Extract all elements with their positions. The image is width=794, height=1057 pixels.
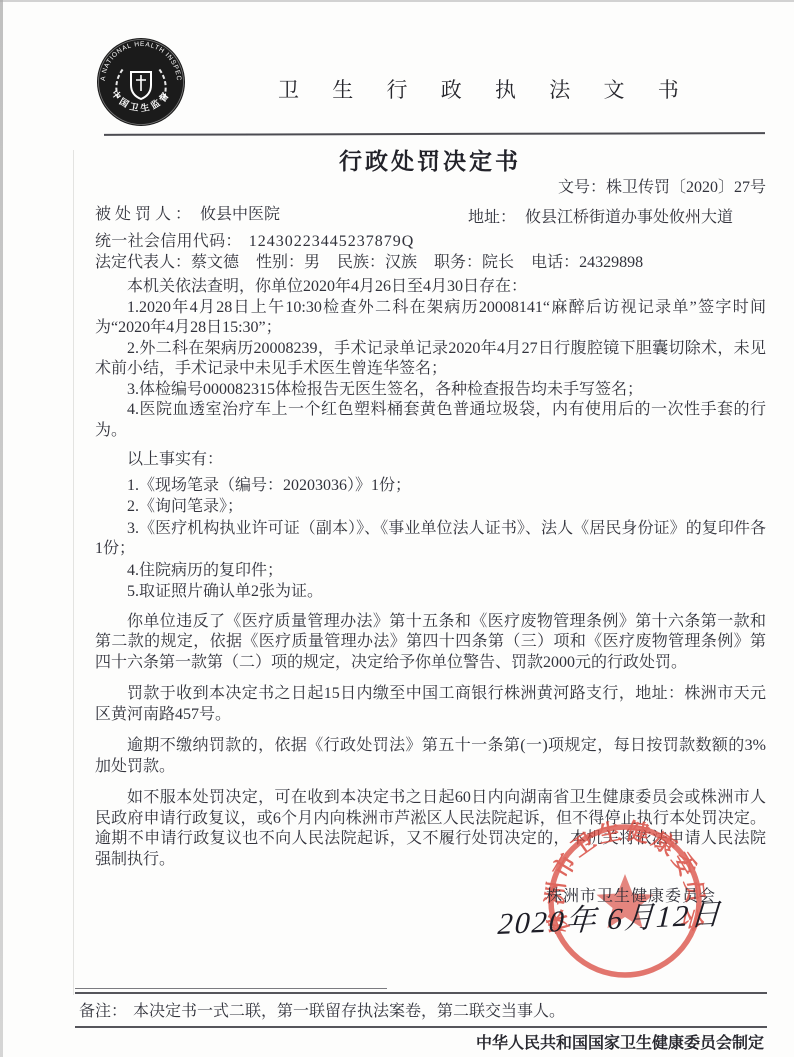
legal-representative-field: 职务：院长 bbox=[434, 254, 514, 271]
evidence-item: 3.《医疗机构执业许可证（副本）》、《事业单位法人证书》、法人《居民身份证》的复… bbox=[95, 519, 766, 560]
header-divider bbox=[104, 132, 765, 136]
finding-item: 2.外二科在架病历20008239，手术记录单记录2020年4月27日行腹腔镜下… bbox=[95, 339, 766, 380]
finding-item: 4.医院血透室治疗车上一个红色塑料桶套黄色普通垃圾袋，内有使用后的一次性手套的行… bbox=[95, 400, 766, 441]
punished-party-name: 攸县中医院 bbox=[200, 206, 280, 223]
document-number-value: 株卫传罚〔2020〕27号 bbox=[606, 179, 766, 196]
evidence-item: 5.取证照片确认单2张为证。 bbox=[95, 582, 766, 603]
scanned-penalty-decision-page: { "colors": { "seal_red": "#d8473c", "em… bbox=[0, 0, 794, 1057]
evidence-item: 2.《询问笔录》； bbox=[95, 497, 766, 518]
document-category-title: 卫 生 行 政 执 法 文 书 bbox=[278, 74, 693, 104]
document-number-label: 文号： bbox=[558, 179, 606, 196]
evidence-item: 4.住院病历的复印件； bbox=[95, 561, 766, 582]
finding-item: 3.体检编号000082315体检报告无医生签名，各种检查报告均未手写签名； bbox=[95, 380, 766, 401]
legal-representative-field: 法定代表人：蔡文德 bbox=[95, 254, 239, 271]
legal-representative-field: 性别：男 bbox=[256, 254, 320, 271]
legal-representative-field: 民族：汉族 bbox=[337, 254, 417, 271]
party-address-label: 地址： bbox=[468, 209, 516, 226]
issuer-note: 中华人民共和国国家卫生健康委员会制定 bbox=[476, 1030, 764, 1053]
credit-code-value: 12430223445237879Q bbox=[249, 233, 415, 250]
evidence-item: 1.《现场笔录（编号：20203036）》1份； bbox=[95, 476, 766, 497]
credit-code-row: 统一社会信用代码：12430223445237879Q bbox=[95, 228, 414, 251]
legal-representative-row: 法定代表人：蔡文德性别：男民族：汉族职务：院长电话：24329898 bbox=[95, 249, 660, 272]
remark-top-line bbox=[75, 988, 387, 989]
scan-edge-left bbox=[0, 0, 3, 1057]
punished-party-row: 被 处 罚 人 ：攸县中医院 bbox=[95, 201, 280, 224]
scan-edge-top bbox=[0, 0, 794, 2]
punished-party-label: 被 处 罚 人 ： bbox=[95, 206, 191, 223]
document-number: 文号：株卫传罚〔2020〕27号 bbox=[558, 174, 766, 197]
remark-label: 备注： bbox=[79, 1003, 127, 1020]
party-address-value: 攸县江桥街道办事处攸州大道 bbox=[525, 209, 733, 226]
remark-text: 本决定书一式二联，第一联留存执法案卷，第二联交当事人。 bbox=[133, 1003, 565, 1020]
findings-intro: 本机关依法查明，你单位2020年4月26日至4月30日存在： bbox=[95, 277, 766, 298]
health-inspection-emblem-icon: CHINA NATIONAL HEALTH INSPECTION 中国卫生监督 bbox=[95, 36, 187, 128]
payment-paragraph: 罚款于收到本决定书之日起15日内缴至中国工商银行株洲黄河路支行，地址：株洲市天元… bbox=[95, 684, 766, 725]
scan-fold-line bbox=[73, 150, 74, 995]
credit-code-label: 统一社会信用代码： bbox=[95, 233, 242, 250]
overdue-penalty-paragraph: 逾期不缴纳罚款的，依据《行政处罚法》第五十一条第(一)项规定，每日按罚款数额的3… bbox=[95, 736, 766, 777]
legal-representative-field: 电话：24329898 bbox=[531, 254, 643, 271]
decision-body: 本机关依法查明，你单位2020年4月26日至4月30日存在： 1.2020年4月… bbox=[95, 277, 766, 870]
party-address-row: 地址：攸县江桥街道办事处攸州大道 bbox=[468, 204, 733, 227]
findings-list: 1.2020年4月28日上午10:30检查外二科在架病历20008141“麻醉后… bbox=[95, 298, 766, 442]
page-title: 行政处罚决定书 bbox=[66, 143, 794, 176]
evidence-intro: 以上事实有： bbox=[95, 450, 766, 471]
finding-item: 1.2020年4月28日上午10:30检查外二科在架病历20008141“麻醉后… bbox=[95, 298, 766, 339]
decision-paragraph: 你单位违反了《医疗质量管理办法》第十五条和《医疗废物管理条例》第十六条第一款和第… bbox=[95, 612, 766, 674]
evidence-list: 1.《现场笔录（编号：20203036）》1份；2.《询问笔录》；3.《医疗机构… bbox=[95, 476, 766, 603]
